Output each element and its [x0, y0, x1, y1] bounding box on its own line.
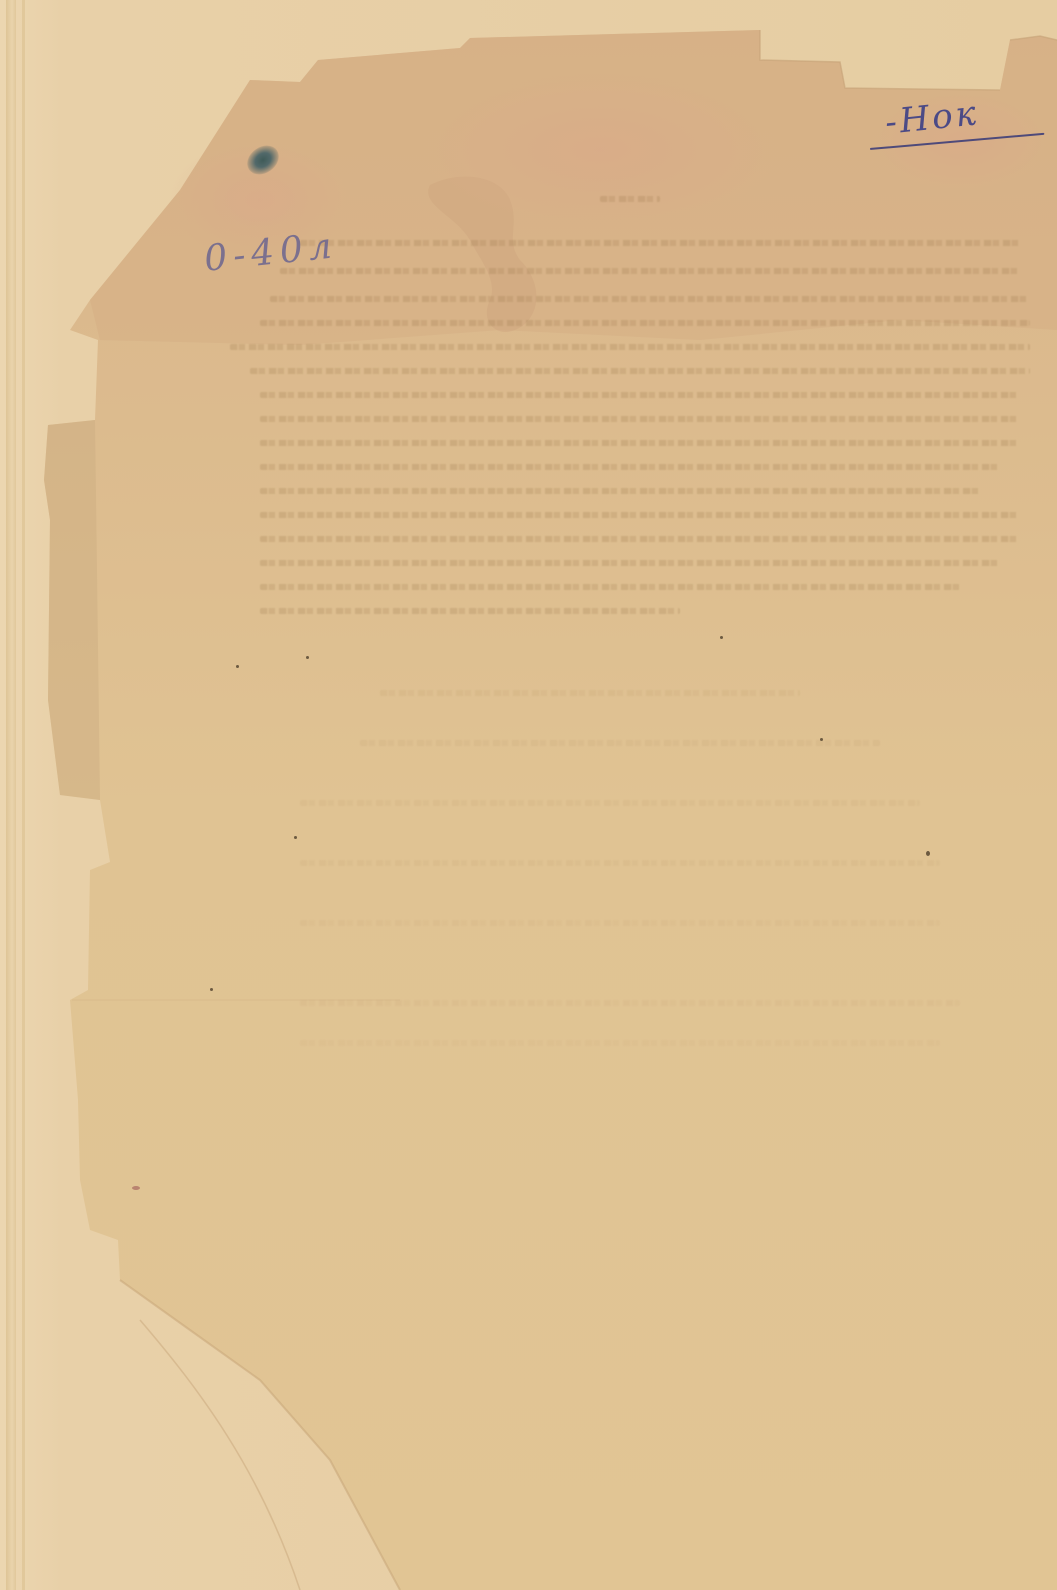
dirt-speck	[926, 851, 930, 856]
scanned-document-page: -Нок 0-40л	[0, 0, 1057, 1590]
dirt-speck	[210, 988, 213, 991]
stained-paper-sheet	[0, 0, 1057, 1590]
dirt-speck	[132, 1186, 140, 1190]
dirt-speck	[294, 836, 297, 839]
dirt-speck	[820, 738, 823, 741]
dirt-speck	[236, 665, 239, 668]
dirt-speck	[306, 656, 309, 659]
dirt-speck	[720, 636, 723, 639]
